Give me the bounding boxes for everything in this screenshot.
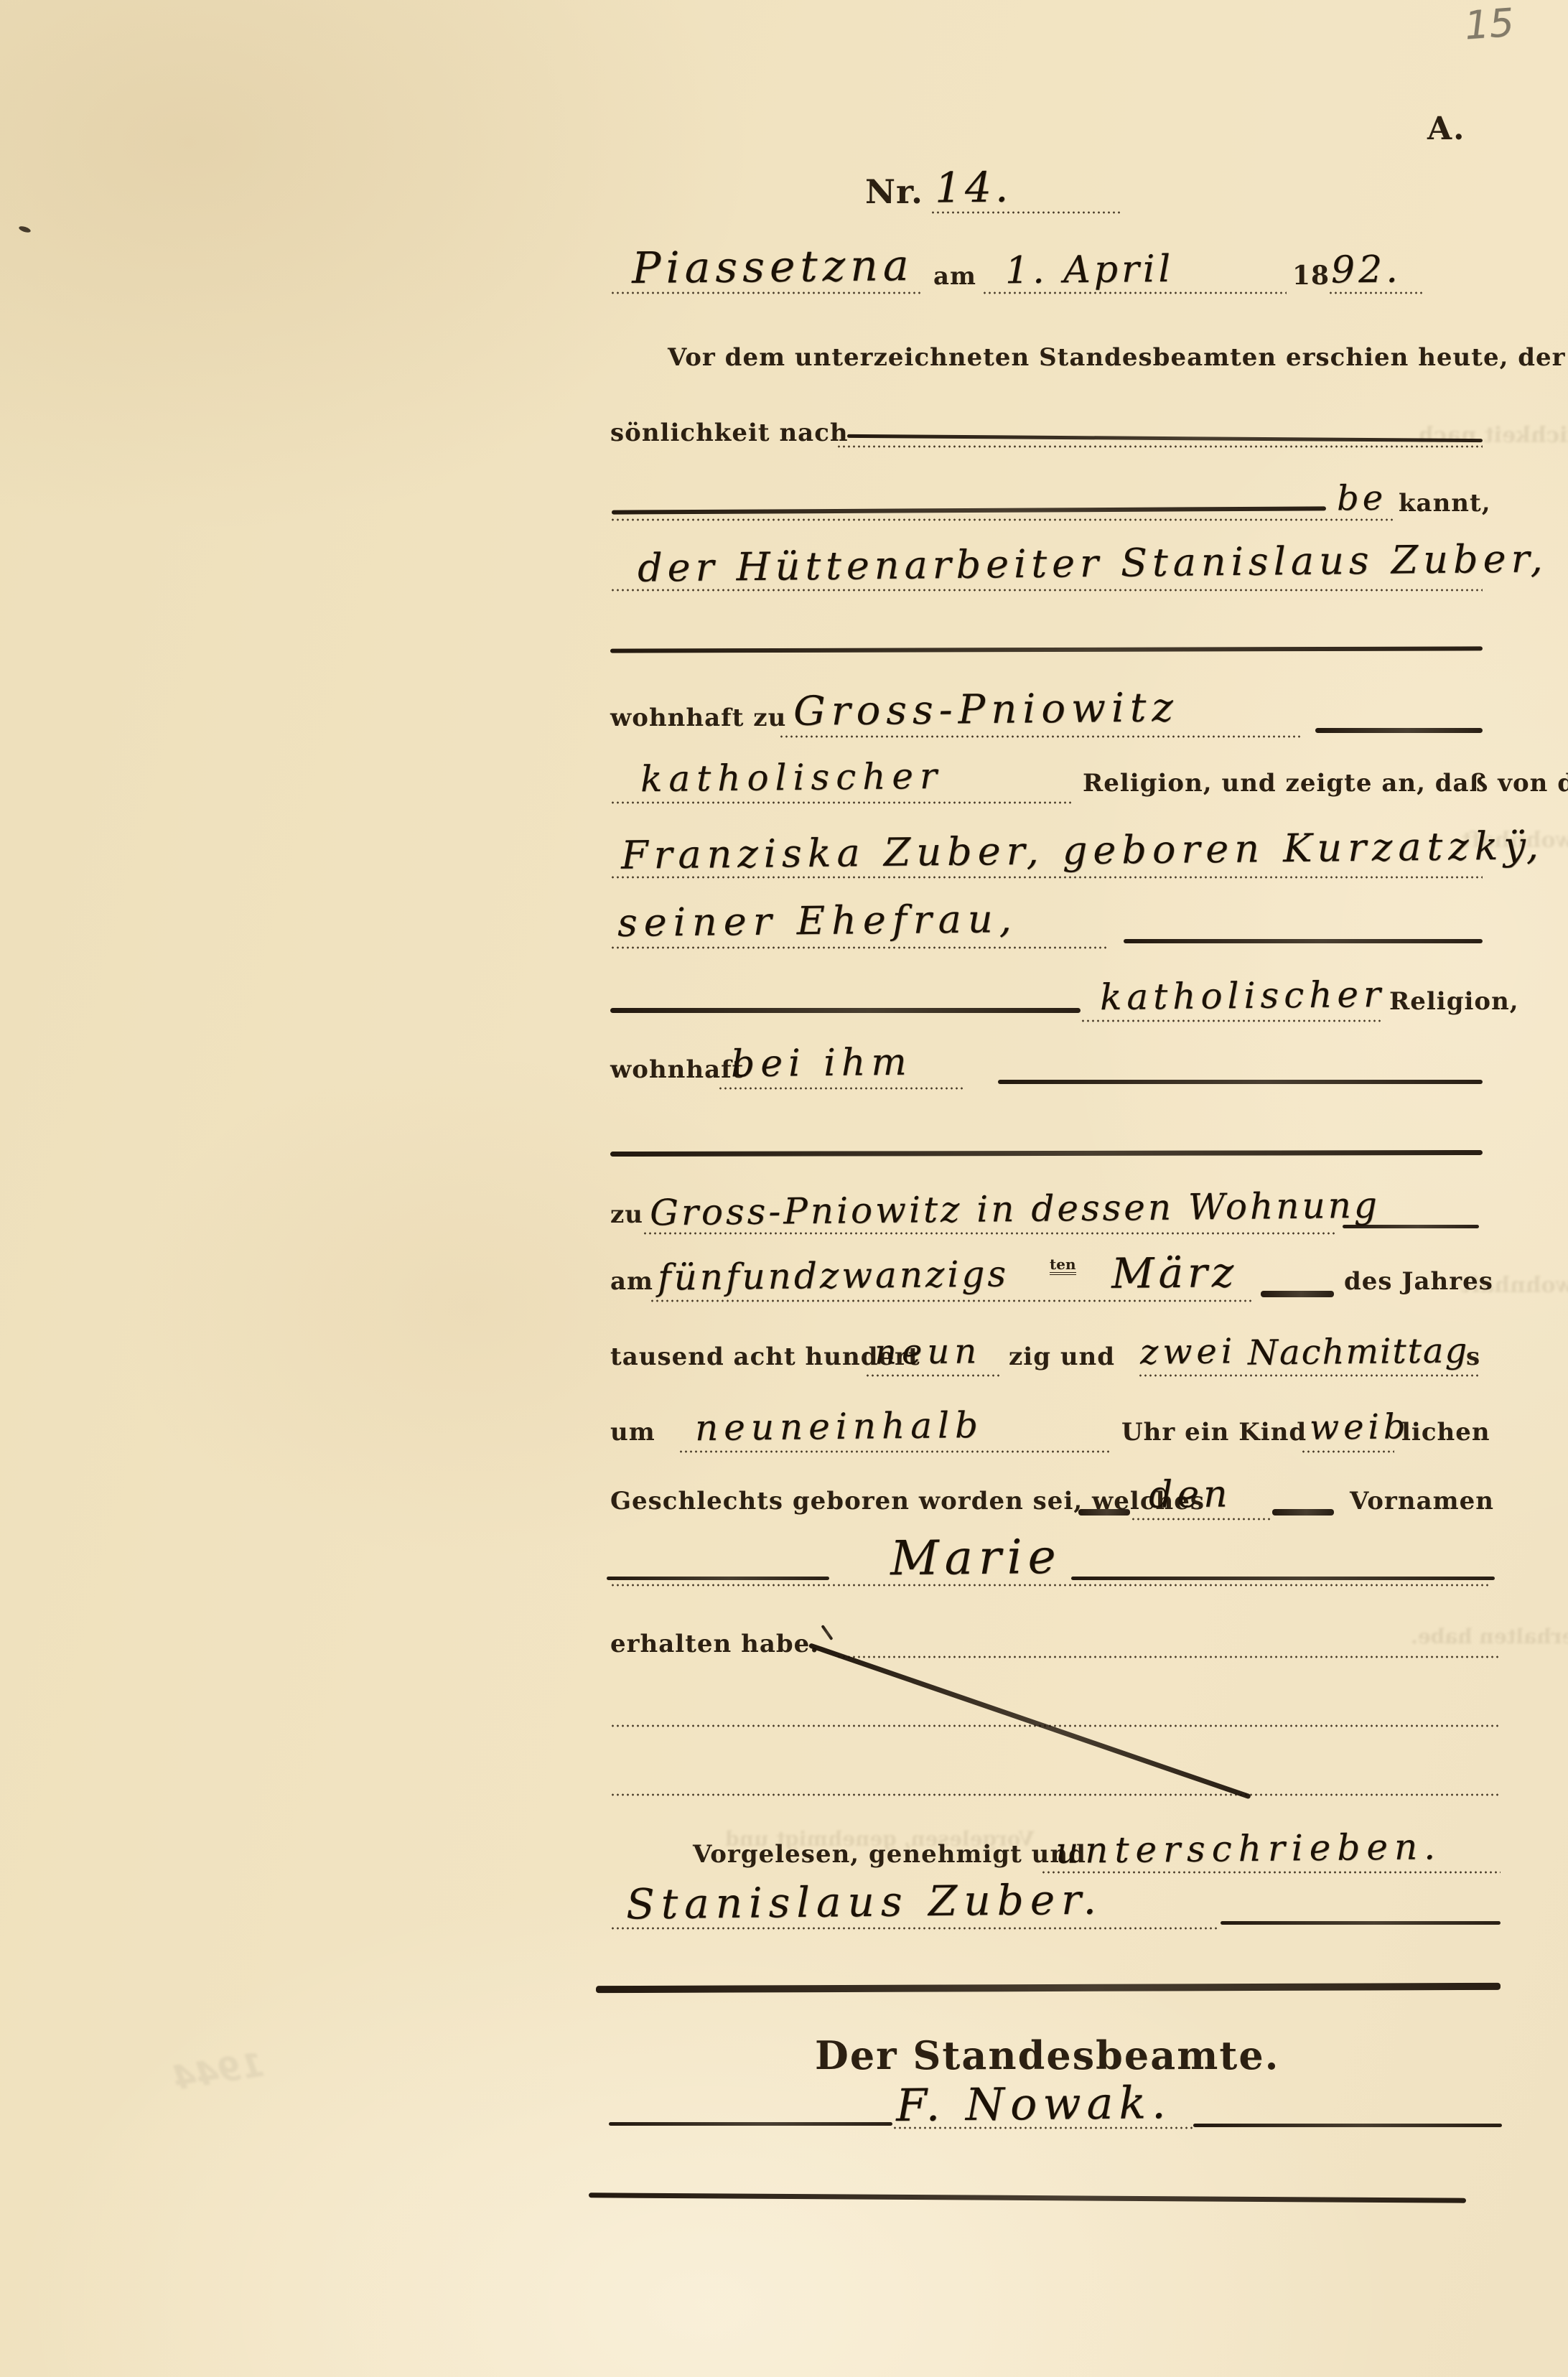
registrar-signature: F. Nowak. <box>896 2081 1172 2128</box>
dotted-line <box>892 2126 1194 2129</box>
dotted-line <box>1328 291 1425 294</box>
record-number-line: Nr. 14. <box>0 144 1568 208</box>
place-value: Piassetzna <box>632 244 914 290</box>
dotted-line <box>610 589 1483 592</box>
dotted-line <box>610 291 923 294</box>
intro-text-2: sönlichkeit nach <box>610 421 849 445</box>
am-label: am <box>933 264 976 289</box>
pen-dash <box>607 1577 829 1580</box>
declarant-signature-line: Stanislaus Zuber. <box>0 1838 1568 1923</box>
child-name-written: Marie <box>890 1533 1062 1582</box>
registrar-signature-line: F. Nowak. <box>0 2046 1568 2126</box>
document-page: 15 A. sönlichkeit nach wohnhaft wohnhaft… <box>0 0 1568 2377</box>
year-written: 92. <box>1331 251 1401 289</box>
place-date-line: Piassetzna am 1. April 18 92. <box>0 214 1568 289</box>
year-printed: 18 <box>1292 263 1330 289</box>
dotted-line <box>610 1927 1217 1930</box>
pen-dash <box>1071 1577 1495 1580</box>
received-line: erhalten habe. <box>0 1612 1568 1656</box>
residence2-label: wohnhaft <box>610 1057 744 1082</box>
pen-dash <box>1221 1921 1501 1925</box>
dotted-line <box>836 1656 1501 1658</box>
wife-line: seiner Ehefrau, <box>0 859 1568 940</box>
diagonal-cancel-stroke <box>808 1643 1251 1799</box>
residence2-written: bei ihm <box>731 1044 913 1083</box>
intro-text-1: Vor dem unterzeichneten Standesbeamten e… <box>668 345 1568 370</box>
birth-day-suffix: ten <box>1050 1257 1076 1275</box>
declarant-written: der Hüttenarbeiter Stanislaus Zuber, <box>638 539 1548 587</box>
pencil-page-number: 15 <box>1463 0 1516 48</box>
declarant-signature: Stanislaus Zuber. <box>626 1879 1103 1925</box>
nr-value: 14. <box>935 166 1012 208</box>
residence-line-2: wohnhaft bei ihm <box>0 1001 1568 1082</box>
separator-pen-stroke <box>596 1983 1501 1993</box>
birthyear-line: tausend acht hundert neun zig und zwei N… <box>0 1289 1568 1369</box>
section-letter: A. <box>1427 113 1465 145</box>
received-label: erhalten habe. <box>610 1632 819 1656</box>
dotted-line <box>836 445 1483 448</box>
birthtime-line: um neuneinhalb Uhr ein Kind weib lichen <box>0 1364 1568 1444</box>
bottom-rule-stroke <box>589 2192 1466 2203</box>
date-value: 1. April <box>1005 251 1175 289</box>
religion-line-1: katholischer Religion, und zeigte an, da… <box>0 718 1568 795</box>
dotted-line <box>610 1584 1490 1587</box>
pen-dash <box>1193 2124 1502 2127</box>
child-name-line: Marie <box>0 1497 1568 1582</box>
crossing-pen-stroke <box>998 1080 1483 1084</box>
dotted-line <box>982 291 1287 294</box>
pen-dash <box>609 2122 892 2126</box>
birth-month-written: März <box>1111 1251 1238 1294</box>
declarant-line: der Hüttenarbeiter Stanislaus Zuber, <box>0 503 1568 583</box>
birthdate-line: am fünfundzwanzigs ten März des Jahres <box>0 1213 1568 1294</box>
nr-label: Nr. <box>865 175 923 208</box>
intro-line-1: Vor dem unterzeichneten Standesbeamten e… <box>0 327 1568 370</box>
mother-line: Franziska Zuber, geboren Kurzatzkÿ, <box>0 788 1568 870</box>
dotted-line <box>718 1087 966 1090</box>
